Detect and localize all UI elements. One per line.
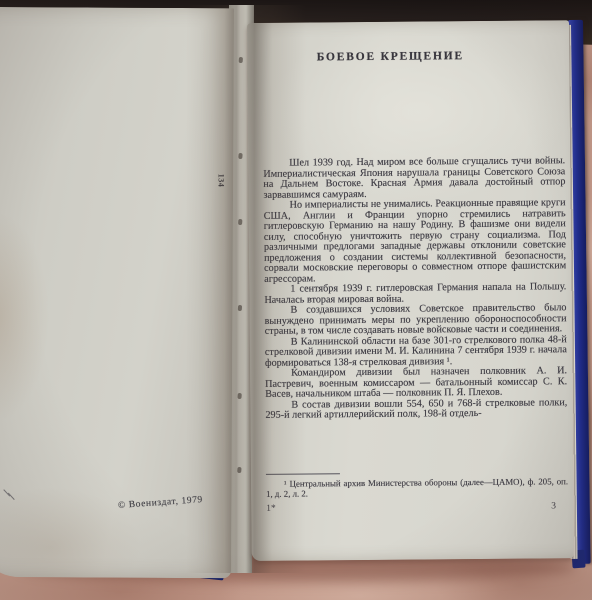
stitch-mark bbox=[239, 57, 243, 63]
body-paragraph: Но империалисты не унимались. Реакционны… bbox=[264, 198, 567, 285]
right-page-text-area: БОЕВОЕ КРЕЩЕНИЕ Шел 1939 год. Над миром … bbox=[247, 20, 574, 561]
body-paragraph: Шел 1939 год. Над миром все больше сгуща… bbox=[263, 156, 565, 201]
body-paragraph: В создавшихся условиях Советское правите… bbox=[264, 303, 566, 337]
right-page: БОЕВОЕ КРЕЩЕНИЕ Шел 1939 год. Над миром … bbox=[247, 20, 574, 561]
body-paragraph: В Калининской области на базе 301-го стр… bbox=[265, 335, 567, 369]
pencil-mark bbox=[2, 491, 18, 505]
gutter-stamp: 134 bbox=[216, 174, 225, 188]
footnote-separator bbox=[266, 473, 340, 475]
book-photo: БОЕВОЕ КРЕЩЕНИЕ Шел 1939 год. Над миром … bbox=[0, 0, 592, 600]
body-paragraph: Командиром дивизии был назначен полковни… bbox=[265, 366, 567, 400]
stitch-mark bbox=[238, 153, 242, 159]
stitch-mark bbox=[237, 467, 241, 473]
page-number: 3 bbox=[551, 501, 556, 511]
stitch-mark bbox=[237, 393, 241, 399]
signature-mark: 1* bbox=[266, 504, 276, 514]
left-page bbox=[0, 7, 234, 578]
chapter-title: БОЕВОЕ КРЕЩЕНИЕ bbox=[247, 50, 533, 64]
footnote: ¹ Центральный архив Министерства обороны… bbox=[266, 476, 568, 499]
body-paragraph: В состав дивизии вошли 554, 650 и 768-й … bbox=[265, 398, 567, 422]
stitch-mark bbox=[238, 219, 242, 225]
stitch-mark bbox=[238, 305, 242, 311]
body-text: Шел 1939 год. Над миром все больше сгуща… bbox=[263, 156, 567, 421]
